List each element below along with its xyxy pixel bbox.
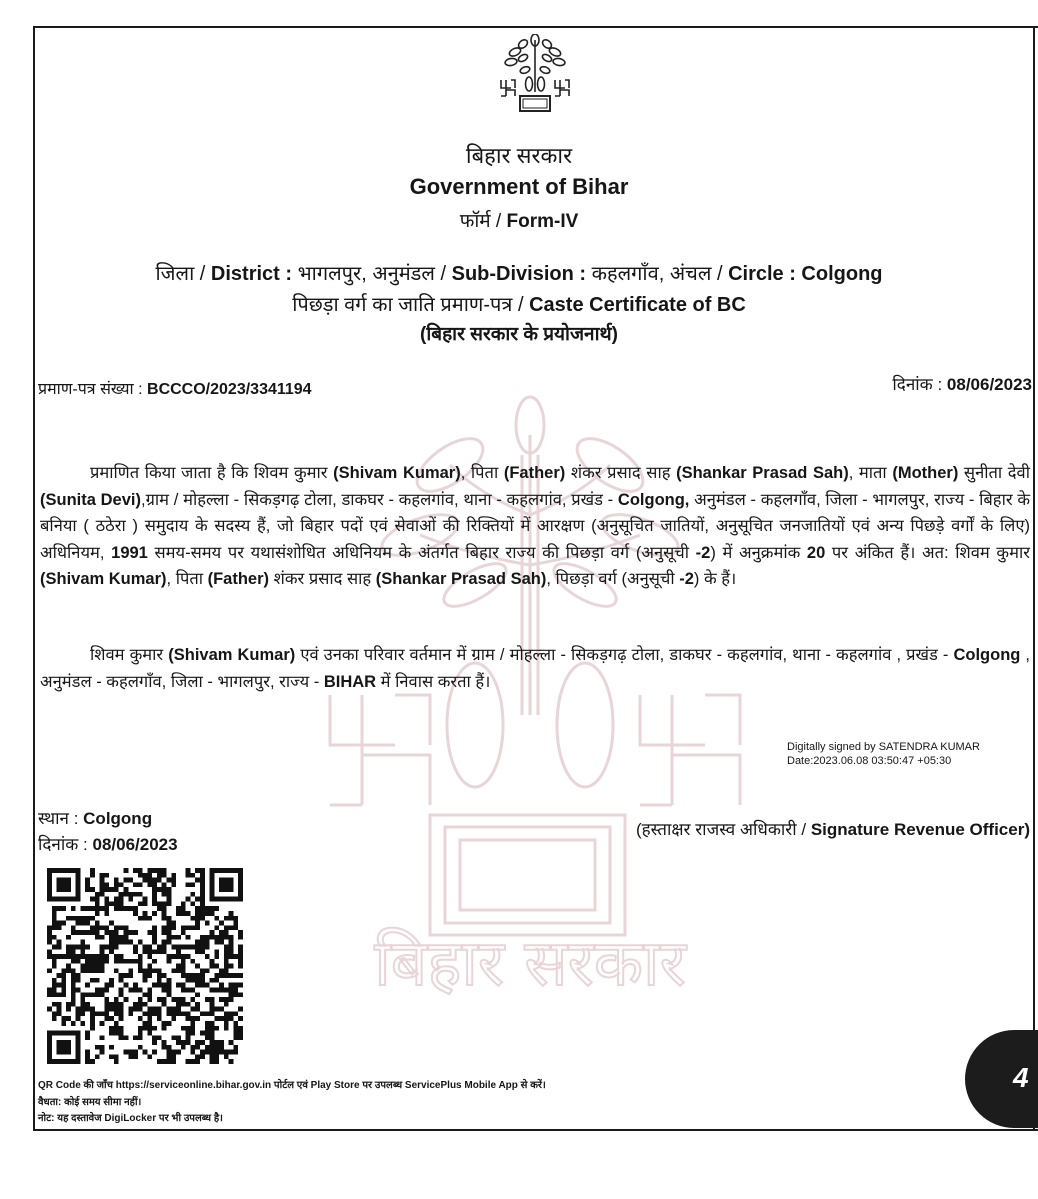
- signature-revenue-officer: (हस्ताक्षर राजस्व अधिकारी / Signature Re…: [636, 817, 1030, 840]
- certificate-title-english: Caste Certificate of BC: [529, 294, 746, 316]
- district-label-hindi: जिला /: [155, 263, 210, 285]
- qr-code-icon[interactable]: [47, 868, 243, 1064]
- paragraph-text-run: (Mother): [892, 464, 958, 482]
- subdivision-label-hindi: अनुमंडल /: [372, 263, 451, 285]
- digital-signature-date: Date:2023.06.08 03:50:47 +05:30: [787, 754, 980, 768]
- footer-qr-verification-note: QR Code की जाँच https://serviceonline.bi…: [38, 1077, 546, 1091]
- page-number: 4: [1013, 1062, 1029, 1094]
- paragraph-text-run: 20: [807, 544, 825, 562]
- paragraph-text-run: पर अंकित हैं। अत: शिवम कुमार: [825, 544, 1030, 562]
- english-title: Government of Bihar: [0, 174, 1038, 200]
- place-date-label: दिनांक :: [38, 835, 93, 854]
- paragraph-text-run: -2: [679, 570, 694, 588]
- paragraph-text-run: (Sunita Devi): [40, 491, 141, 509]
- signature-label-english: Signature Revenue Officer): [811, 820, 1030, 839]
- issue-date-label: दिनांक :: [892, 375, 947, 394]
- place: स्थान : Colgong: [38, 806, 152, 829]
- form-label-english: Form-IV: [507, 211, 579, 232]
- paragraph-text-run: , पिता: [167, 570, 208, 588]
- paragraph-text-run: , माता: [849, 464, 893, 482]
- paragraph-text-run: , पिछड़ा वर्ग (अनुसूची: [546, 570, 679, 588]
- paragraph-text-run: (Shivam Kumar): [40, 570, 167, 588]
- district-label: District :: [211, 263, 292, 285]
- paragraph-text-run: Colgong,: [618, 491, 689, 509]
- paragraph-text-run: ,ग्राम / मोहल्ला - सिकड़गढ़ टोला, डाकघर …: [141, 491, 618, 509]
- form-label-hindi: फॉर्म /: [460, 211, 507, 232]
- paragraph-text-run: 1991: [111, 544, 148, 562]
- hindi-title: बिहार सरकार: [0, 140, 1038, 170]
- paragraph-text-run: BIHAR: [324, 673, 376, 691]
- place-value: Colgong: [83, 809, 152, 828]
- signature-label-hindi: (हस्ताक्षर राजस्व अधिकारी /: [636, 820, 811, 839]
- paragraph-text-run: समय-समय पर यथासंशोधित अधिनियम के अंतर्गत…: [148, 544, 696, 562]
- certificate-body-paragraph-2: शिवम कुमार (Shivam Kumar) एवं उनका परिवा…: [40, 642, 1030, 695]
- certificate-title: पिछड़ा वर्ग का जाति प्रमाण-पत्र / Caste …: [0, 290, 1038, 317]
- certificate-purpose: (बिहार सरकार के प्रयोजनार्थ): [0, 320, 1038, 346]
- paragraph-text-run: में निवास करता हैं।: [376, 673, 490, 691]
- certificate-number: प्रमाण-पत्र संख्या : BCCCO/2023/3341194: [38, 377, 312, 399]
- paragraph-text-run: (Shankar Prasad Sah): [376, 570, 547, 588]
- paragraph-text-run: -2: [696, 544, 711, 562]
- paragraph-text-run: शंकर प्रसाद साह: [565, 464, 676, 482]
- paragraph-text-run: (Shivam Kumar): [168, 646, 295, 664]
- paragraph-text-run: सुनीता देवी: [958, 464, 1030, 482]
- paragraph-text-run: प्रमाणित किया जाता है कि शिवम कुमार: [90, 464, 333, 482]
- paragraph-text-run: , पिता: [461, 464, 504, 482]
- footer-validity-note: वैधता: कोई समय सीमा नहीं।: [38, 1094, 141, 1108]
- certificate-number-label: प्रमाण-पत्र संख्या :: [38, 381, 147, 398]
- bihar-emblem-icon: [493, 34, 577, 114]
- certificate-title-hindi: पिछड़ा वर्ग का जाति प्रमाण-पत्र /: [292, 294, 529, 316]
- circle-label-hindi: अंचल /: [670, 263, 728, 285]
- place-date: दिनांक : 08/06/2023: [38, 832, 178, 855]
- district-value: भागलपुर,: [292, 263, 372, 285]
- paragraph-text-run: शंकर प्रसाद साह: [269, 570, 376, 588]
- subdivision-value: कहलगाँव,: [586, 263, 670, 285]
- digital-signature: Digitally signed by SATENDRA KUMAR Date:…: [787, 740, 980, 768]
- paragraph-text-run: ) के हैं।: [694, 570, 736, 588]
- footer-digilocker-note: नोट: यह दस्तावेज DigiLocker पर भी उपलब्ध…: [38, 1110, 223, 1124]
- paragraph-text-run: एवं उनका परिवार वर्तमान में ग्राम / मोहल…: [295, 646, 953, 664]
- place-label: स्थान :: [38, 809, 83, 828]
- paragraph-text-run: ) में अनुक्रमांक: [710, 544, 807, 562]
- subdivision-label: Sub-Division :: [452, 263, 586, 285]
- digital-signature-signer: Digitally signed by SATENDRA KUMAR: [787, 740, 980, 754]
- location-line: जिला / District : भागलपुर, अनुमंडल / Sub…: [0, 259, 1038, 286]
- form-number: फॉर्म / Form-IV: [0, 207, 1038, 233]
- issue-date-value: 08/06/2023: [947, 375, 1032, 394]
- certificate-number-value: BCCCO/2023/3341194: [147, 381, 312, 398]
- svg-text:बिहार सरकार: बिहार सरकार: [374, 927, 687, 995]
- place-date-value: 08/06/2023: [93, 835, 178, 854]
- paragraph-text-run: शिवम कुमार: [90, 646, 168, 664]
- certificate-body-paragraph-1: प्रमाणित किया जाता है कि शिवम कुमार (Shi…: [40, 460, 1030, 593]
- paragraph-text-run: Colgong: [953, 646, 1020, 664]
- circle-value: Circle : Colgong: [728, 263, 882, 285]
- paragraph-text-run: (Father): [504, 464, 565, 482]
- issue-date: दिनांक : 08/06/2023: [892, 372, 1032, 395]
- paragraph-text-run: (Shivam Kumar): [333, 464, 461, 482]
- paragraph-text-run: (Shankar Prasad Sah): [676, 464, 849, 482]
- paragraph-text-run: (Father): [208, 570, 269, 588]
